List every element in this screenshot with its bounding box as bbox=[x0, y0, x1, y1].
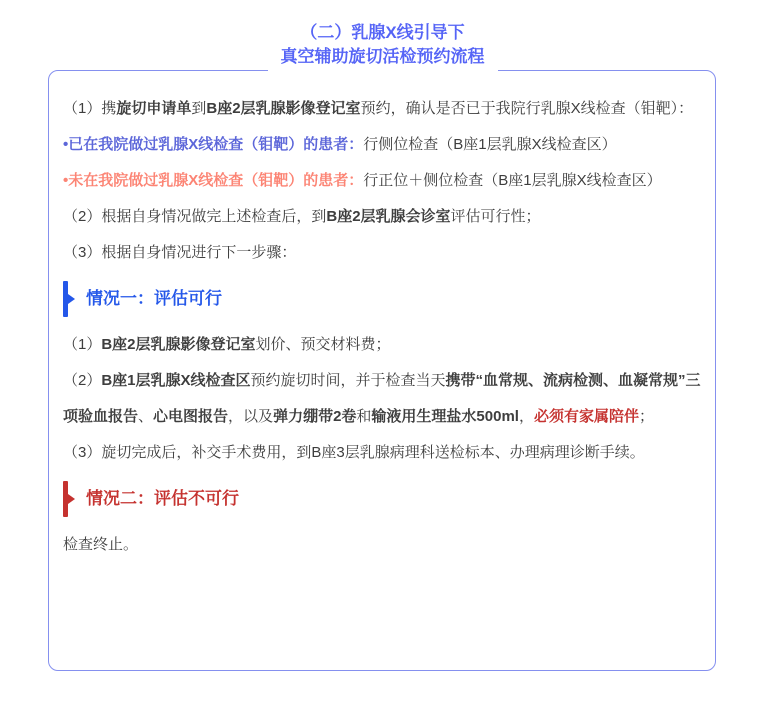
case-two-title: 情况二：评估不可行 bbox=[86, 489, 239, 508]
text-segment: 、 bbox=[138, 408, 153, 425]
text-segment: （2） bbox=[63, 372, 101, 389]
blue-patient-label: •已在我院做过乳腺X线检查（钼靶）的患者： bbox=[63, 136, 363, 153]
text-segment: ， bbox=[519, 408, 534, 425]
text-segment: （2）根据自身情况做完上述检查后，到 bbox=[63, 208, 326, 225]
case1-step-3-pathology: （3）旋切完成后，补交手术费用，到B座3层乳腺病理科送检标本、办理病理诊断手续。 bbox=[63, 435, 701, 471]
bold-registration-room: B座2层乳腺影像登记室 bbox=[101, 336, 255, 353]
text-segment: 检查终止。 bbox=[63, 536, 138, 553]
bold-registration-room: B座2层乳腺影像登记室 bbox=[206, 100, 360, 117]
text-segment: 预约，确认是否已于我院行乳腺X线检查（钼靶）： bbox=[361, 100, 694, 117]
text-segment: （3）旋切完成后，补交手术费用，到B座3层乳腺病理科送检标本、办理病理诊断手续。 bbox=[63, 444, 645, 461]
text-segment: 行正位＋侧位检查（B座1层乳腺X线检查区） bbox=[363, 172, 661, 189]
text-segment: 划价、预交材料费； bbox=[256, 336, 391, 353]
text-segment: ，以及 bbox=[228, 408, 273, 425]
bold-elastic-bandage: 弹力绷带2卷 bbox=[273, 408, 356, 425]
content-box: （1）携旋切申请单到B座2层乳腺影像登记室预约，确认是否已于我院行乳腺X线检查（… bbox=[48, 70, 716, 671]
text-segment: 到 bbox=[191, 100, 206, 117]
bold-consult-room: B座2层乳腺会诊室 bbox=[326, 208, 450, 225]
bold-ecg-report: 心电图报告 bbox=[153, 408, 228, 425]
case-one-heading: 情况一：评估可行 bbox=[63, 281, 701, 317]
bookmark-arrow-icon bbox=[68, 294, 75, 304]
text-segment: 评估可行性； bbox=[451, 208, 541, 225]
exam-terminated-note: 检查终止。 bbox=[63, 527, 701, 563]
warning-family-accompany: 必须有家属陪伴 bbox=[534, 408, 639, 425]
case-two-heading: 情况二：评估不可行 bbox=[63, 481, 701, 517]
step-1-appointment: （1）携旋切申请单到B座2层乳腺影像登记室预约，确认是否已于我院行乳腺X线检查（… bbox=[63, 91, 701, 127]
content-area: （1）携旋切申请单到B座2层乳腺影像登记室预约，确认是否已于我院行乳腺X线检查（… bbox=[49, 71, 715, 563]
text-segment: 预约旋切时间，并于检查当天 bbox=[251, 372, 446, 389]
bold-xray-area: B座1层乳腺X线检查区 bbox=[101, 372, 250, 389]
coral-patient-label: •未在我院做过乳腺X线检查（钼靶）的患者： bbox=[63, 172, 363, 189]
step-2-evaluation: （2）根据自身情况做完上述检查后，到B座2层乳腺会诊室评估可行性； bbox=[63, 199, 701, 235]
step-3-next: （3）根据自身情况进行下一步骤： bbox=[63, 235, 701, 271]
bullet-patient-not-done-xray: •未在我院做过乳腺X线检查（钼靶）的患者：行正位＋侧位检查（B座1层乳腺X线检查… bbox=[63, 163, 701, 199]
text-segment: ； bbox=[639, 408, 654, 425]
bookmark-arrow-icon bbox=[68, 494, 75, 504]
text-segment: （1）携 bbox=[63, 100, 116, 117]
text-segment: 和 bbox=[356, 408, 371, 425]
page-title-line2-row: 真空辅助旋切活检预约流程 bbox=[0, 45, 765, 75]
text-segment: （3）根据自身情况进行下一步骤： bbox=[63, 244, 296, 261]
bold-saline: 输液用生理盐水500ml bbox=[371, 408, 519, 425]
page-title-line1: （二）乳腺X线引导下 bbox=[0, 21, 765, 45]
page-title: （二）乳腺X线引导下 真空辅助旋切活检预约流程 bbox=[0, 21, 765, 75]
case1-step-1-pricing: （1）B座2层乳腺影像登记室划价、预交材料费； bbox=[63, 327, 701, 363]
case1-step-2-schedule: （2）B座1层乳腺X线检查区预约旋切时间，并于检查当天携带“血常规、流病检测、血… bbox=[63, 363, 701, 435]
text-segment: 行侧位检查（B座1层乳腺X线检查区） bbox=[363, 136, 616, 153]
bullet-patient-done-xray: •已在我院做过乳腺X线检查（钼靶）的患者：行侧位检查（B座1层乳腺X线检查区） bbox=[63, 127, 701, 163]
case-one-title: 情况一：评估可行 bbox=[86, 289, 222, 308]
bold-request-form: 旋切申请单 bbox=[116, 100, 191, 117]
text-segment: （1） bbox=[63, 336, 101, 353]
page-title-line2: 真空辅助旋切活检预约流程 bbox=[268, 45, 498, 75]
